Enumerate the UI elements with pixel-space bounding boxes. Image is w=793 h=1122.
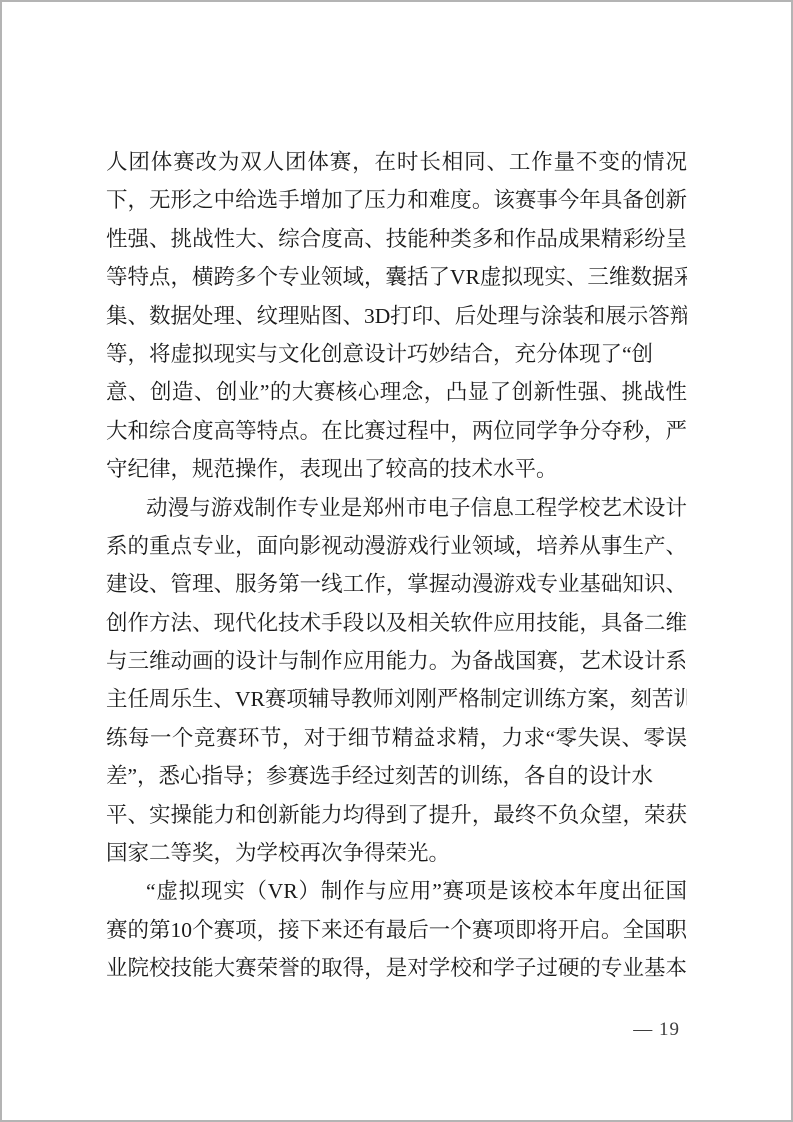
text-line-18: 平、实操能力和创新能力均得到了提升，最终不负众望，荣获 bbox=[106, 796, 687, 834]
text-line-17: 差”，悉心指导；参赛选手经过刻苦的训练，各自的设计水 bbox=[106, 757, 687, 795]
document-page: 人团体赛改为双人团体赛，在时长相同、工作量不变的情况 下，无形之中给选手增加了压… bbox=[0, 0, 793, 1122]
text-line-1: 人团体赛改为双人团体赛，在时长相同、工作量不变的情况 bbox=[106, 143, 687, 181]
text-line-16: 练每一个竞赛环节，对于细节精益求精，力求“零失误、零误 bbox=[106, 719, 687, 757]
text-line-12: 建设、管理、服务第一线工作，掌握动漫游戏专业基础知识、 bbox=[106, 565, 687, 603]
text-line-21: 赛的第10个赛项，接下来还有最后一个赛项即将开启。全国职 bbox=[106, 911, 687, 949]
text-line-22: 业院校技能大赛荣誉的取得，是对学校和学子过硬的专业基本 bbox=[106, 949, 687, 987]
text-line-4: 等特点，横跨多个专业领域，囊括了VR虚拟现实、三维数据采 bbox=[106, 258, 687, 296]
text-line-19: 国家二等奖，为学校再次争得荣光。 bbox=[106, 834, 687, 872]
text-line-13: 创作方法、现代化技术手段以及相关软件应用技能，具备二维 bbox=[106, 604, 687, 642]
text-line-7: 意、创造、创业”的大赛核心理念，凸显了创新性强、挑战性 bbox=[106, 373, 687, 411]
body-text: 人团体赛改为双人团体赛，在时长相同、工作量不变的情况 下，无形之中给选手增加了压… bbox=[106, 143, 687, 988]
text-line-8: 大和综合度高等特点。在比赛过程中，两位同学争分夺秒，严 bbox=[106, 412, 687, 450]
text-line-2: 下，无形之中给选手增加了压力和难度。该赛事今年具备创新 bbox=[106, 181, 687, 219]
text-line-9: 守纪律，规范操作，表现出了较高的技术水平。 bbox=[106, 450, 687, 488]
text-line-6: 等，将虚拟现实与文化创意设计巧妙结合，充分体现了“创 bbox=[106, 335, 687, 373]
text-line-10: 动漫与游戏制作专业是郑州市电子信息工程学校艺术设计 bbox=[106, 489, 687, 527]
page-number: — 19 bbox=[633, 1018, 680, 1042]
text-line-5: 集、数据处理、纹理贴图、3D打印、后处理与涂装和展示答辩 bbox=[106, 297, 687, 335]
text-line-3: 性强、挑战性大、综合度高、技能种类多和作品成果精彩纷呈 bbox=[106, 220, 687, 258]
text-line-14: 与三维动画的设计与制作应用能力。为备战国赛，艺术设计系 bbox=[106, 642, 687, 680]
text-line-20: “虚拟现实（VR）制作与应用”赛项是该校本年度出征国 bbox=[106, 872, 687, 910]
text-line-11: 系的重点专业，面向影视动漫游戏行业领域，培养从事生产、 bbox=[106, 527, 687, 565]
text-line-15: 主任周乐生、VR赛项辅导教师刘刚严格制定训练方案，刻苦训 bbox=[106, 680, 687, 718]
